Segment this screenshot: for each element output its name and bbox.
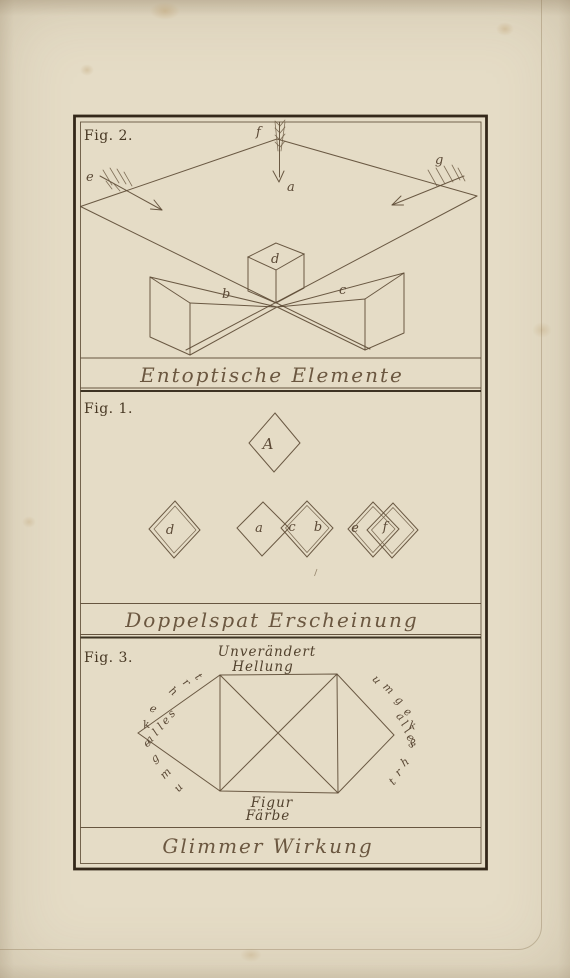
right-arc-text: umgekehrt <box>369 673 418 788</box>
pair1-right-label: b <box>314 520 322 535</box>
fig2-label: Fig. 2. <box>84 128 133 144</box>
fig1-caption: Doppelspat Erscheinung <box>124 608 418 632</box>
engraved-plate: Fig. 2. f a e g <box>0 0 570 978</box>
arc-letter: t <box>386 775 399 787</box>
fig3-section: Fig. 3. Unverändert Hellung umgekehrt al… <box>84 644 419 858</box>
arc-letter: t <box>192 671 205 683</box>
arc-letter: u <box>171 781 185 795</box>
fig3-top-text-2: Hellung <box>231 659 293 675</box>
arc-letter: h <box>398 755 412 770</box>
arc-letter: g <box>392 693 406 708</box>
single-diamond-label: d <box>166 523 174 538</box>
arc-letter: h <box>166 684 180 699</box>
fig3-caption: Glimmer Wirkung <box>162 834 373 858</box>
fig2-section: Fig. 2. f a e g <box>81 120 478 387</box>
arc-letter: g <box>148 751 162 766</box>
cube-label: d <box>271 252 279 267</box>
arc-letter: m <box>157 765 174 782</box>
big-diamond <box>249 413 300 472</box>
left-arc-text: umgekehrt <box>141 671 205 795</box>
top-arrow-tip-label: a <box>287 180 295 195</box>
single-double-diamond <box>149 501 200 558</box>
arc-letter: u <box>369 673 383 687</box>
fig1-label: Fig. 1. <box>84 401 133 417</box>
right-prism-label: c <box>339 283 347 298</box>
stray-tick <box>315 569 318 576</box>
left-arrow-label: e <box>86 170 94 185</box>
fig3-label: Fig. 3. <box>84 650 133 666</box>
fig1-section: Fig. 1. A d a c b e f Doppelspat Erschei… <box>84 401 419 632</box>
fig3-top-text-1: Unverändert <box>218 644 316 660</box>
plate-frame <box>75 116 487 869</box>
top-arrow <box>273 120 285 182</box>
pair1-left-label: a <box>255 521 263 536</box>
fig2-caption: Entoptische Elemente <box>139 363 404 387</box>
left-prism <box>150 277 277 355</box>
right-arrow-label: g <box>435 153 443 168</box>
right-arrow <box>392 165 465 205</box>
pair1-overlap-label: c <box>288 520 296 535</box>
big-diamond-label: A <box>261 435 274 453</box>
fig3-bottom-text-2: Färbe <box>245 808 291 824</box>
arc-letter: r <box>180 676 193 690</box>
left-prism-label: b <box>222 287 230 302</box>
pair2-left-label: e <box>351 521 359 536</box>
arc-letter: m <box>380 680 397 697</box>
arc-letter: e <box>148 701 159 716</box>
top-arrow-label: f <box>255 125 263 140</box>
